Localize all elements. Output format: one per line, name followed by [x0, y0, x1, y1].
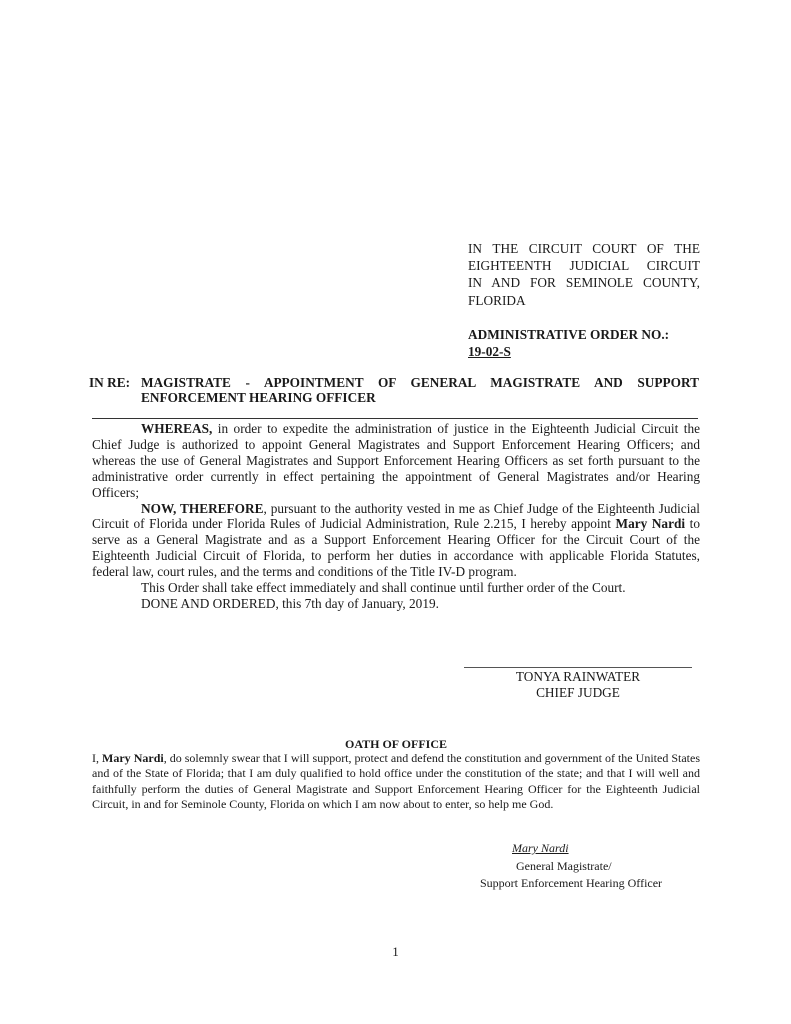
- in-re-label: IN RE:: [89, 375, 130, 390]
- oath-body: , do solemnly swear that I will support,…: [92, 751, 700, 811]
- magistrate-signature-block: Mary Nardi General Magistrate/ Support E…: [470, 840, 700, 893]
- caption-line: IN AND FOR SEMINOLE COUNTY,: [468, 274, 700, 291]
- administrative-order-number: ADMINISTRATIVE ORDER NO.: 19-02-S: [468, 326, 708, 360]
- order-body: WHEREAS, in order to expedite the admini…: [92, 421, 700, 612]
- subject-line-1: MAGISTRATE - APPOINTMENT OF GENERAL MAGI…: [141, 375, 699, 390]
- judge-title: CHIEF JUDGE: [464, 685, 692, 701]
- horizontal-rule: [92, 418, 698, 419]
- caption-line: FLORIDA: [468, 292, 700, 309]
- order-label: ADMINISTRATIVE ORDER NO.:: [468, 326, 708, 343]
- done-text: this 7th day of January, 2019.: [279, 596, 439, 611]
- whereas-lead: WHEREAS,: [141, 421, 212, 436]
- page-number: 1: [0, 944, 791, 960]
- done-paragraph: DONE AND ORDERED, this 7th day of Januar…: [92, 596, 700, 612]
- therefore-lead: NOW, THEREFORE: [141, 501, 263, 516]
- magistrate-role-line-1: General Magistrate/: [470, 858, 700, 876]
- oath-prefix: I,: [92, 751, 102, 765]
- in-re-subject: MAGISTRATE - APPOINTMENT OF GENERAL MAGI…: [141, 375, 699, 405]
- oath-paragraph: I, Mary Nardi, do solemnly swear that I …: [92, 751, 700, 812]
- court-caption: IN THE CIRCUIT COURT OF THE EIGHTEENTH J…: [468, 240, 700, 309]
- caption-line: EIGHTEENTH JUDICIAL CIRCUIT: [468, 257, 700, 274]
- judge-name: TONYA RAINWATER: [464, 669, 692, 685]
- magistrate-signature: Mary Nardi: [470, 840, 700, 858]
- caption-line: IN THE CIRCUIT COURT OF THE: [468, 240, 700, 257]
- effect-paragraph: This Order shall take effect immediately…: [92, 580, 700, 596]
- judge-signature-block: TONYA RAINWATER CHIEF JUDGE: [464, 667, 692, 701]
- oath-title: OATH OF OFFICE: [92, 737, 700, 752]
- whereas-paragraph: WHEREAS, in order to expedite the admini…: [92, 421, 700, 501]
- oath-text: I, Mary Nardi, do solemnly swear that I …: [92, 751, 700, 812]
- magistrate-role-line-2: Support Enforcement Hearing Officer: [470, 875, 700, 893]
- done-lead: DONE AND ORDERED,: [141, 596, 279, 611]
- document-page: IN THE CIRCUIT COURT OF THE EIGHTEENTH J…: [0, 0, 791, 1024]
- subject-line-2: ENFORCEMENT HEARING OFFICER: [141, 390, 699, 405]
- appointee-name: Mary Nardi: [616, 516, 686, 531]
- therefore-paragraph: NOW, THEREFORE, pursuant to the authorit…: [92, 501, 700, 581]
- oath-name: Mary Nardi: [102, 751, 164, 765]
- order-number: 19-02-S: [468, 343, 708, 360]
